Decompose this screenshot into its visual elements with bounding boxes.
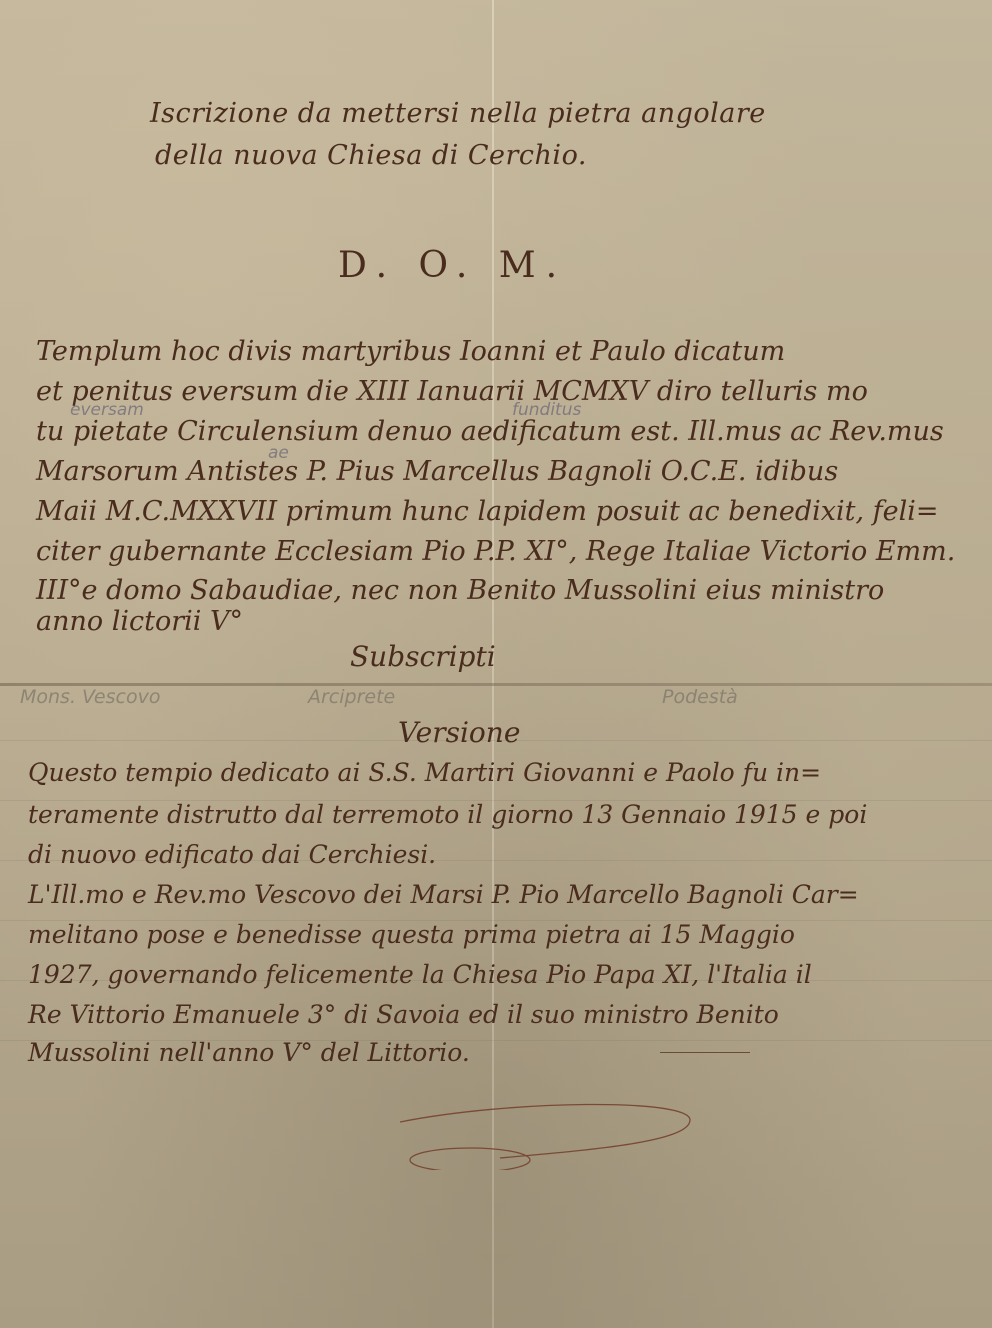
signatory-archpriest: Arciprete bbox=[308, 686, 395, 708]
latin-line: tu pietate Circulensium denuo aedificatu… bbox=[36, 416, 944, 447]
latin-line: Maii M.C.MXXVII primum hunc lapidem posu… bbox=[36, 496, 939, 527]
versione-heading: Versione bbox=[398, 716, 520, 749]
translation-line: Re Vittorio Emanuele 3° di Savoia ed il … bbox=[28, 1000, 779, 1029]
document-page: Iscrizione da mettersi nella pietra ango… bbox=[0, 0, 992, 1328]
latin-line: Marsorum Antistes P. Pius Marcellus Bagn… bbox=[36, 456, 838, 487]
latin-line: III°e domo Sabaudiae, nec non Benito Mus… bbox=[36, 575, 884, 606]
subscripti-heading: Subscripti bbox=[350, 640, 496, 673]
pencil-annotation: eversam bbox=[70, 400, 144, 420]
translation-line: L'Ill.mo e Rev.mo Vescovo dei Marsi P. P… bbox=[28, 880, 859, 909]
signatory-bishop: Mons. Vescovo bbox=[20, 686, 160, 708]
translation-line: 1927, governando felicemente la Chiesa P… bbox=[28, 960, 812, 989]
dedication-dom: D. O. M. bbox=[338, 245, 567, 286]
latin-line: et penitus eversum die XIII Ianuarii MCM… bbox=[36, 376, 868, 407]
pencil-annotation: funditus bbox=[512, 400, 581, 420]
pencil-annotation: ae bbox=[268, 443, 289, 463]
latin-line: anno lictorii V° bbox=[36, 606, 243, 637]
translation-line: teramente distrutto dal terremoto il gio… bbox=[28, 800, 867, 829]
header-line-2: della nuova Chiesa di Cerchio. bbox=[155, 140, 587, 171]
latin-line: citer gubernante Ecclesiam Pio P.P. XI°,… bbox=[36, 536, 955, 567]
latin-line: Templum hoc divis martyribus Ioanni et P… bbox=[36, 336, 785, 367]
translation-line: Mussolini nell'anno V° del Littorio. bbox=[28, 1038, 470, 1067]
signature-flourish-icon bbox=[390, 1080, 750, 1170]
translation-line: Questo tempio dedicato ai S.S. Martiri G… bbox=[28, 758, 821, 787]
translation-line: melitano pose e benedisse questa prima p… bbox=[28, 920, 795, 949]
signatory-podesta: Podestà bbox=[662, 686, 738, 708]
header-line-1: Iscrizione da mettersi nella pietra ango… bbox=[150, 98, 766, 129]
closing-dash bbox=[660, 1052, 750, 1053]
translation-line: di nuovo edificato dai Cerchiesi. bbox=[28, 840, 436, 869]
